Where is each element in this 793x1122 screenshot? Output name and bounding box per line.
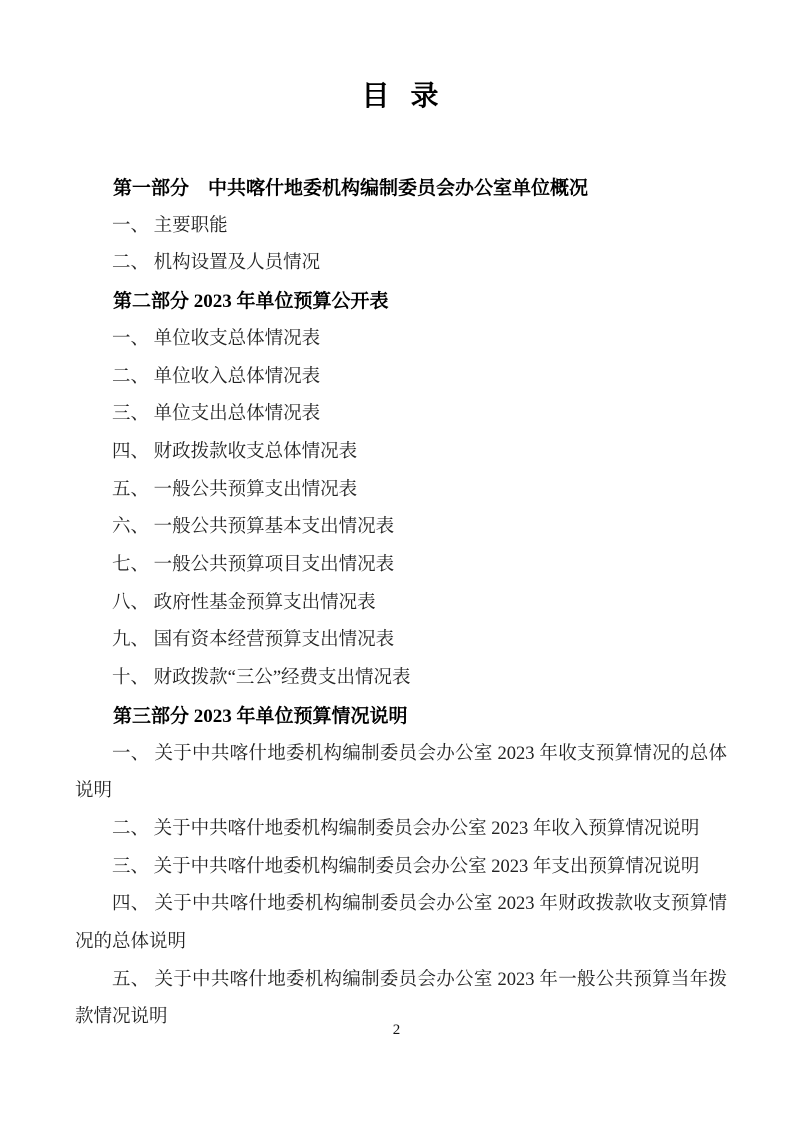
- toc-item: 九、 国有资本经营预算支出情况表: [75, 622, 727, 660]
- toc-item: 一、 主要职能: [75, 208, 727, 246]
- document-page: 目 录 第一部分 中共喀什地委机构编制委员会办公室单位概况 一、 主要职能 二、…: [0, 0, 793, 1122]
- toc-section-1-heading: 第一部分 中共喀什地委机构编制委员会办公室单位概况: [75, 170, 727, 208]
- toc-title: 目 录: [75, 76, 727, 118]
- toc-item: 四、 关于中共喀什地委机构编制委员会办公室 2023 年财政拨款收支预算情况的总…: [75, 886, 727, 961]
- toc-section-3-heading: 第三部分 2023 年单位预算情况说明: [75, 698, 727, 736]
- toc-item: 五、 一般公共预算支出情况表: [75, 472, 727, 510]
- toc-item: 二、 单位收入总体情况表: [75, 359, 727, 397]
- toc-item: 一、 单位收支总体情况表: [75, 321, 727, 359]
- toc-item: 十、 财政拨款“三公”经费支出情况表: [75, 660, 727, 698]
- table-of-contents: 第一部分 中共喀什地委机构编制委员会办公室单位概况 一、 主要职能 二、 机构设…: [75, 170, 727, 1037]
- page-number: 2: [0, 1020, 793, 1040]
- toc-item: 四、 财政拨款收支总体情况表: [75, 434, 727, 472]
- toc-item: 三、 关于中共喀什地委机构编制委员会办公室 2023 年支出预算情况说明: [75, 849, 727, 887]
- toc-item: 二、 机构设置及人员情况: [75, 245, 727, 283]
- toc-item: 八、 政府性基金预算支出情况表: [75, 585, 727, 623]
- toc-item: 七、 一般公共预算项目支出情况表: [75, 547, 727, 585]
- toc-item: 二、 关于中共喀什地委机构编制委员会办公室 2023 年收入预算情况说明: [75, 811, 727, 849]
- toc-item: 三、 单位支出总体情况表: [75, 396, 727, 434]
- toc-item: 六、 一般公共预算基本支出情况表: [75, 509, 727, 547]
- toc-item: 一、 关于中共喀什地委机构编制委员会办公室 2023 年收支预算情况的总体说明: [75, 736, 727, 811]
- toc-section-2-heading: 第二部分 2023 年单位预算公开表: [75, 283, 727, 321]
